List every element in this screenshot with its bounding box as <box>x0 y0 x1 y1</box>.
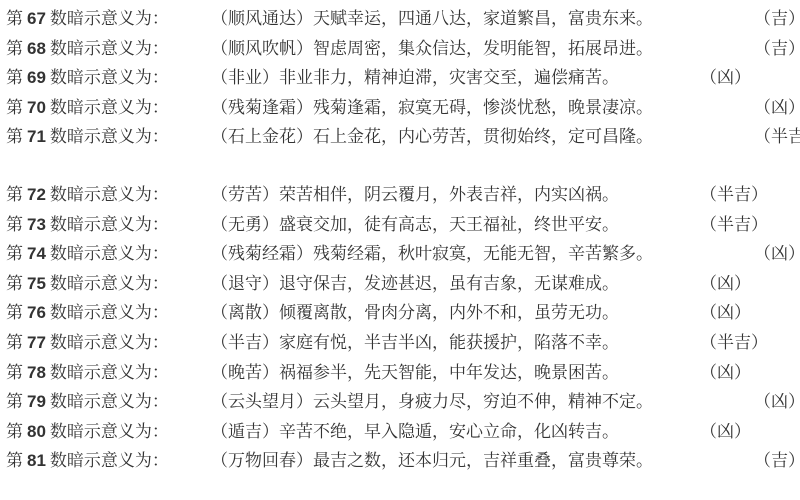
di-char: 第 <box>6 9 23 29</box>
label-suffix: 数暗示意义为： <box>50 98 169 118</box>
meaning-name: （劳苦） <box>211 185 279 205</box>
number-label: 第80数暗示意义为： <box>6 419 211 445</box>
number-label: 第70数暗示意义为： <box>6 95 211 121</box>
list-item: 第81数暗示意义为：（万物回春）最吉之数，还本归元，吉祥重叠，富贵尊荣。（吉） <box>6 448 653 474</box>
di-char: 第 <box>6 451 23 471</box>
meaning-text: 家庭有悦，半吉半凶，能获援护，陷落不幸。 <box>279 333 619 353</box>
number-label: 第75数暗示意义为： <box>6 271 211 297</box>
fortune-tag: （凶） <box>700 360 751 386</box>
label-suffix: 数暗示意义为： <box>50 244 169 264</box>
number: 67 <box>27 9 46 28</box>
number: 75 <box>27 274 46 293</box>
di-char: 第 <box>6 244 23 264</box>
fortune-tag: （半吉） <box>700 330 768 356</box>
meaning-text: 退守保吉，发迹甚迟，虽有吉象，无谋难成。 <box>279 274 619 294</box>
list-item: 第78数暗示意义为：（晚苦）祸福参半，先天智能，中年发达，晚景困苦。（凶） <box>6 360 619 386</box>
meaning-text: 天赋幸运，四通八达，家道繁昌，富贵东来。 <box>313 9 653 29</box>
label-suffix: 数暗示意义为： <box>50 303 169 323</box>
meaning-name: （万物回春） <box>211 451 313 471</box>
label-suffix: 数暗示意义为： <box>50 215 169 235</box>
di-char: 第 <box>6 303 23 323</box>
di-char: 第 <box>6 422 23 442</box>
number-label: 第69数暗示意义为： <box>6 65 211 91</box>
label-suffix: 数暗示意义为： <box>50 363 169 383</box>
fortune-tag: （凶） <box>700 419 751 445</box>
number: 78 <box>27 363 46 382</box>
list-item: 第79数暗示意义为：（云头望月）云头望月，身疲力尽，穷迫不伸，精神不定。（凶） <box>6 389 653 415</box>
fortune-tag: （凶） <box>700 271 751 297</box>
list-item: 第68数暗示意义为：（顺风吹帆）智虑周密，集众信达，发明能智，拓展昂进。（吉） <box>6 36 653 62</box>
list-item: 第73数暗示意义为：（无勇）盛衰交加，徒有高志，天王福祉，终世平安。（半吉） <box>6 212 619 238</box>
meaning-name: （非业） <box>211 68 279 88</box>
label-suffix: 数暗示意义为： <box>50 9 169 29</box>
fortune-tag: （凶） <box>700 65 751 91</box>
list-item: 第70数暗示意义为：（残菊逢霜）残菊逢霜，寂寞无碍，惨淡忧愁，晚景凄凉。（凶） <box>6 95 653 121</box>
di-char: 第 <box>6 68 23 88</box>
number-label: 第77数暗示意义为： <box>6 330 211 356</box>
meaning-text: 残菊经霜，秋叶寂寞，无能无智，辛苦繁多。 <box>313 244 653 264</box>
di-char: 第 <box>6 185 23 205</box>
di-char: 第 <box>6 127 23 147</box>
number: 77 <box>27 333 46 352</box>
meaning-text: 辛苦不绝，早入隐遁，安心立命，化凶转吉。 <box>279 422 619 442</box>
list-item: 第80数暗示意义为：（遁吉）辛苦不绝，早入隐遁，安心立命，化凶转吉。（凶） <box>6 419 619 445</box>
meaning-name: （残菊逢霜） <box>211 98 313 118</box>
number-label: 第81数暗示意义为： <box>6 448 211 474</box>
number: 70 <box>27 98 46 117</box>
number-label: 第67数暗示意义为： <box>6 6 211 32</box>
number: 80 <box>27 422 46 441</box>
meaning-name: （顺风通达） <box>211 9 313 29</box>
fortune-tag: （吉） <box>754 36 800 62</box>
di-char: 第 <box>6 215 23 235</box>
meaning-text: 石上金花，内心劳苦，贯彻始终，定可昌隆。 <box>313 127 653 147</box>
fortune-tag: （半吉） <box>700 182 768 208</box>
number: 71 <box>27 127 46 146</box>
fortune-tag: （半吉） <box>700 212 768 238</box>
meaning-name: （半吉） <box>211 333 279 353</box>
meaning-name: （石上金花） <box>211 127 313 147</box>
meaning-text: 最吉之数，还本归元，吉祥重叠，富贵尊荣。 <box>313 451 653 471</box>
number-label: 第73数暗示意义为： <box>6 212 211 238</box>
number: 76 <box>27 303 46 322</box>
number-label: 第78数暗示意义为： <box>6 360 211 386</box>
number: 81 <box>27 451 46 470</box>
meaning-text: 祸福参半，先天智能，中年发达，晚景困苦。 <box>279 363 619 383</box>
label-suffix: 数暗示意义为： <box>50 127 169 147</box>
meaning-name: （无勇） <box>211 215 279 235</box>
label-suffix: 数暗示意义为： <box>50 39 169 59</box>
label-suffix: 数暗示意义为： <box>50 392 169 412</box>
label-suffix: 数暗示意义为： <box>50 185 169 205</box>
label-suffix: 数暗示意义为： <box>50 274 169 294</box>
number: 69 <box>27 68 46 87</box>
number: 73 <box>27 215 46 234</box>
meaning-name: （晚苦） <box>211 363 279 383</box>
meaning-name: （残菊经霜） <box>211 244 313 264</box>
fortune-tag: （吉） <box>754 448 800 474</box>
fortune-tag: （凶） <box>700 300 751 326</box>
di-char: 第 <box>6 333 23 353</box>
number: 74 <box>27 244 46 263</box>
meaning-name: （云头望月） <box>211 392 313 412</box>
di-char: 第 <box>6 98 23 118</box>
list-item: 第69数暗示意义为：（非业）非业非力，精神迫滞，灾害交至，遍偿痛苦。（凶） <box>6 65 619 91</box>
fortune-tag: （凶） <box>754 95 800 121</box>
number: 79 <box>27 392 46 411</box>
number-label: 第74数暗示意义为： <box>6 241 211 267</box>
list-item: 第67数暗示意义为：（顺风通达）天赋幸运，四通八达，家道繁昌，富贵东来。（吉） <box>6 6 653 32</box>
fortune-tag: （凶） <box>754 389 800 415</box>
number: 72 <box>27 185 46 204</box>
meaning-name: （顺风吹帆） <box>211 39 313 59</box>
meaning-text: 盛衰交加，徒有高志，天王福祉，终世平安。 <box>279 215 619 235</box>
list-item: 第72数暗示意义为：（劳苦）荣苦相伴，阴云覆月，外表吉祥，内实凶祸。（半吉） <box>6 182 619 208</box>
di-char: 第 <box>6 274 23 294</box>
list-item: 第77数暗示意义为：（半吉）家庭有悦，半吉半凶，能获援护，陷落不幸。（半吉） <box>6 330 619 356</box>
meaning-text: 荣苦相伴，阴云覆月，外表吉祥，内实凶祸。 <box>279 185 619 205</box>
di-char: 第 <box>6 392 23 412</box>
fortune-tag: （吉） <box>754 6 800 32</box>
di-char: 第 <box>6 39 23 59</box>
di-char: 第 <box>6 363 23 383</box>
meaning-text: 倾覆离散，骨肉分离，内外不和，虽劳无功。 <box>279 303 619 323</box>
list-item: 第71数暗示意义为：（石上金花）石上金花，内心劳苦，贯彻始终，定可昌隆。（半吉 <box>6 124 653 150</box>
number-label: 第79数暗示意义为： <box>6 389 211 415</box>
meaning-text: 残菊逢霜，寂寞无碍，惨淡忧愁，晚景凄凉。 <box>313 98 653 118</box>
label-suffix: 数暗示意义为： <box>50 422 169 442</box>
fortune-tag: （半吉 <box>754 124 800 150</box>
fortune-tag: （凶） <box>754 241 800 267</box>
list-item: 第75数暗示意义为：（退守）退守保吉，发迹甚迟，虽有吉象，无谋难成。（凶） <box>6 271 619 297</box>
number-label: 第71数暗示意义为： <box>6 124 211 150</box>
list-item: 第76数暗示意义为：（离散）倾覆离散，骨肉分离，内外不和，虽劳无功。（凶） <box>6 300 619 326</box>
label-suffix: 数暗示意义为： <box>50 451 169 471</box>
meaning-name: （离散） <box>211 303 279 323</box>
meaning-name: （退守） <box>211 274 279 294</box>
meaning-text: 非业非力，精神迫滞，灾害交至，遍偿痛苦。 <box>279 68 619 88</box>
number-label: 第76数暗示意义为： <box>6 300 211 326</box>
meaning-name: （遁吉） <box>211 422 279 442</box>
list-item: 第74数暗示意义为：（残菊经霜）残菊经霜，秋叶寂寞，无能无智，辛苦繁多。（凶） <box>6 241 653 267</box>
meaning-text: 云头望月，身疲力尽，穷迫不伸，精神不定。 <box>313 392 653 412</box>
number: 68 <box>27 39 46 58</box>
label-suffix: 数暗示意义为： <box>50 68 169 88</box>
label-suffix: 数暗示意义为： <box>50 333 169 353</box>
number-label: 第72数暗示意义为： <box>6 182 211 208</box>
meaning-text: 智虑周密，集众信达，发明能智，拓展昂进。 <box>313 39 653 59</box>
number-label: 第68数暗示意义为： <box>6 36 211 62</box>
